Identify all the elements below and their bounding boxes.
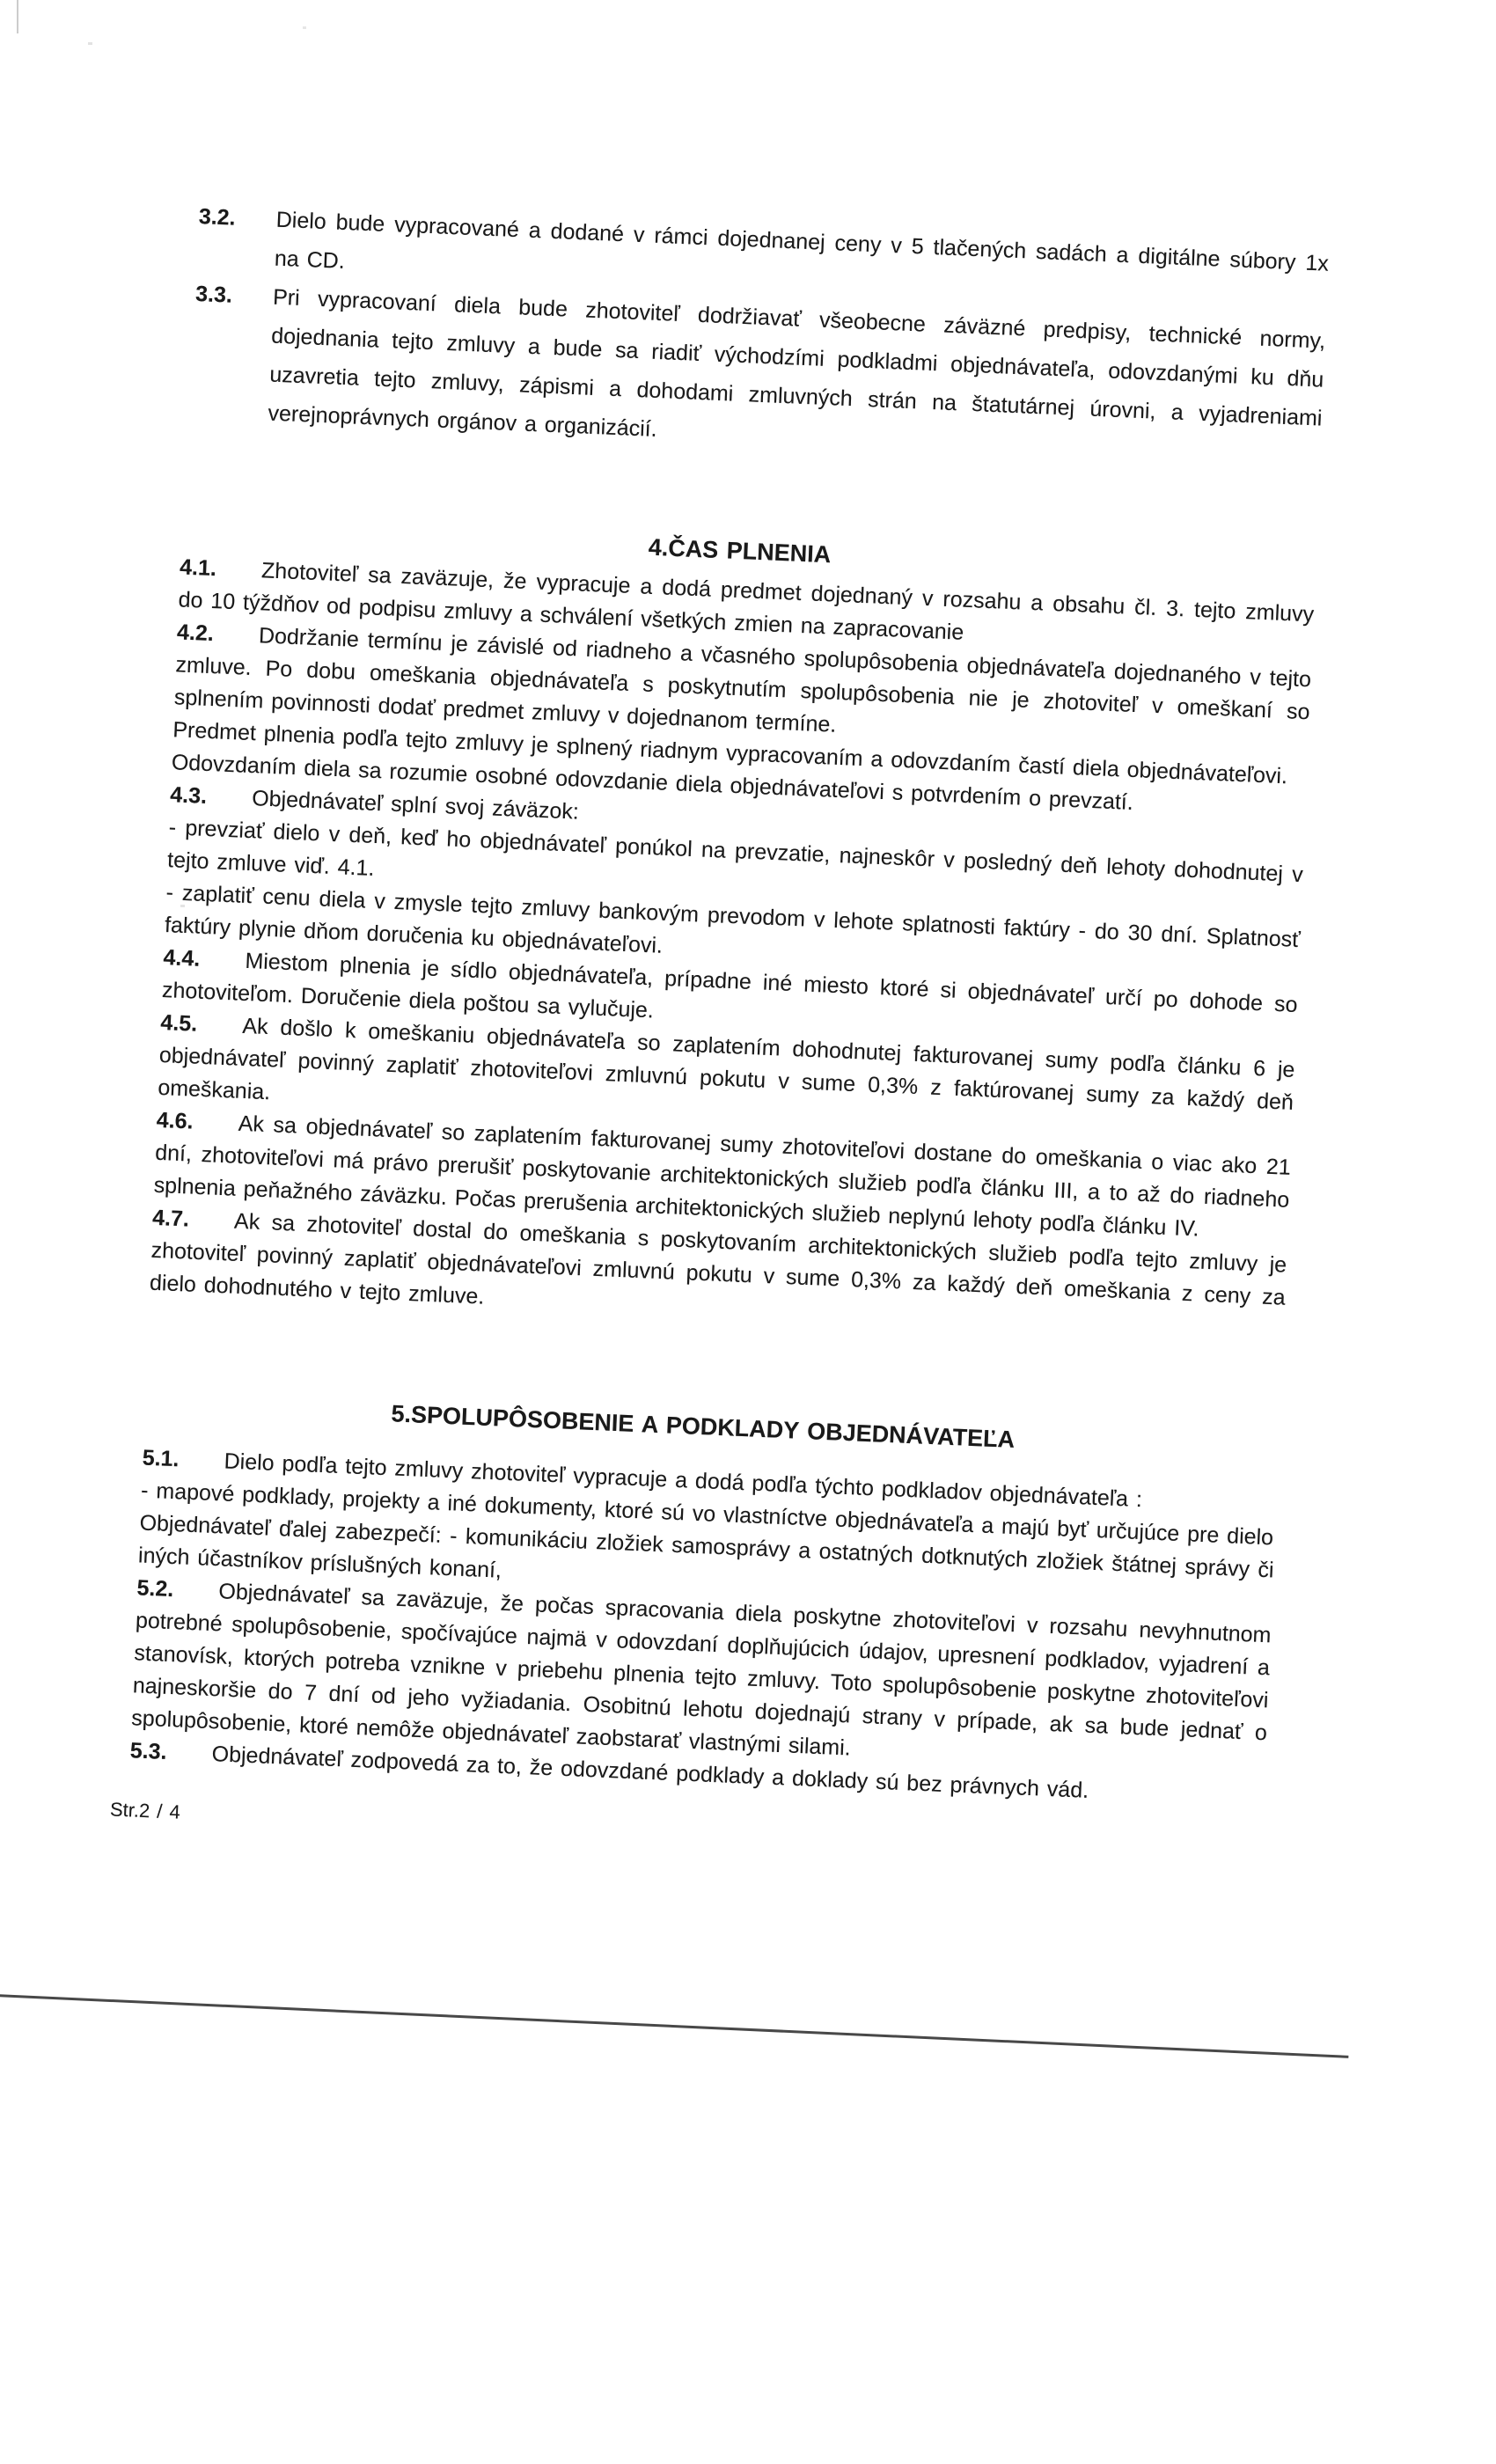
scan-artifact-line xyxy=(17,0,18,33)
clause-number: 4.6. xyxy=(156,1104,238,1140)
scan-speck xyxy=(88,42,92,45)
clause-number: 3.3. xyxy=(194,275,233,315)
clause-number: 4.4. xyxy=(163,942,246,978)
clause-number: 5.1. xyxy=(142,1442,224,1478)
clause-number: 4.1. xyxy=(179,551,261,587)
clause-number: 4.3. xyxy=(170,779,253,815)
document-content: 3.2. Dielo bude vypracované a dodané v r… xyxy=(109,130,1384,1874)
clause-number: 4.7. xyxy=(151,1202,234,1238)
scan-speck xyxy=(303,26,306,29)
clause-number: 4.2. xyxy=(176,616,259,652)
clause-number: 5.2. xyxy=(136,1572,219,1608)
clause-number: 5.3. xyxy=(129,1734,212,1771)
scanned-contract-page: 3.2. Dielo bude vypracované a dodané v r… xyxy=(0,0,1496,2464)
clause-number: 3.2. xyxy=(198,197,237,238)
divider-line xyxy=(0,1994,1348,2058)
clause-number: 4.5. xyxy=(160,1007,243,1043)
clause-text: Dielo bude vypracované a dodané v rámci … xyxy=(274,208,1329,276)
